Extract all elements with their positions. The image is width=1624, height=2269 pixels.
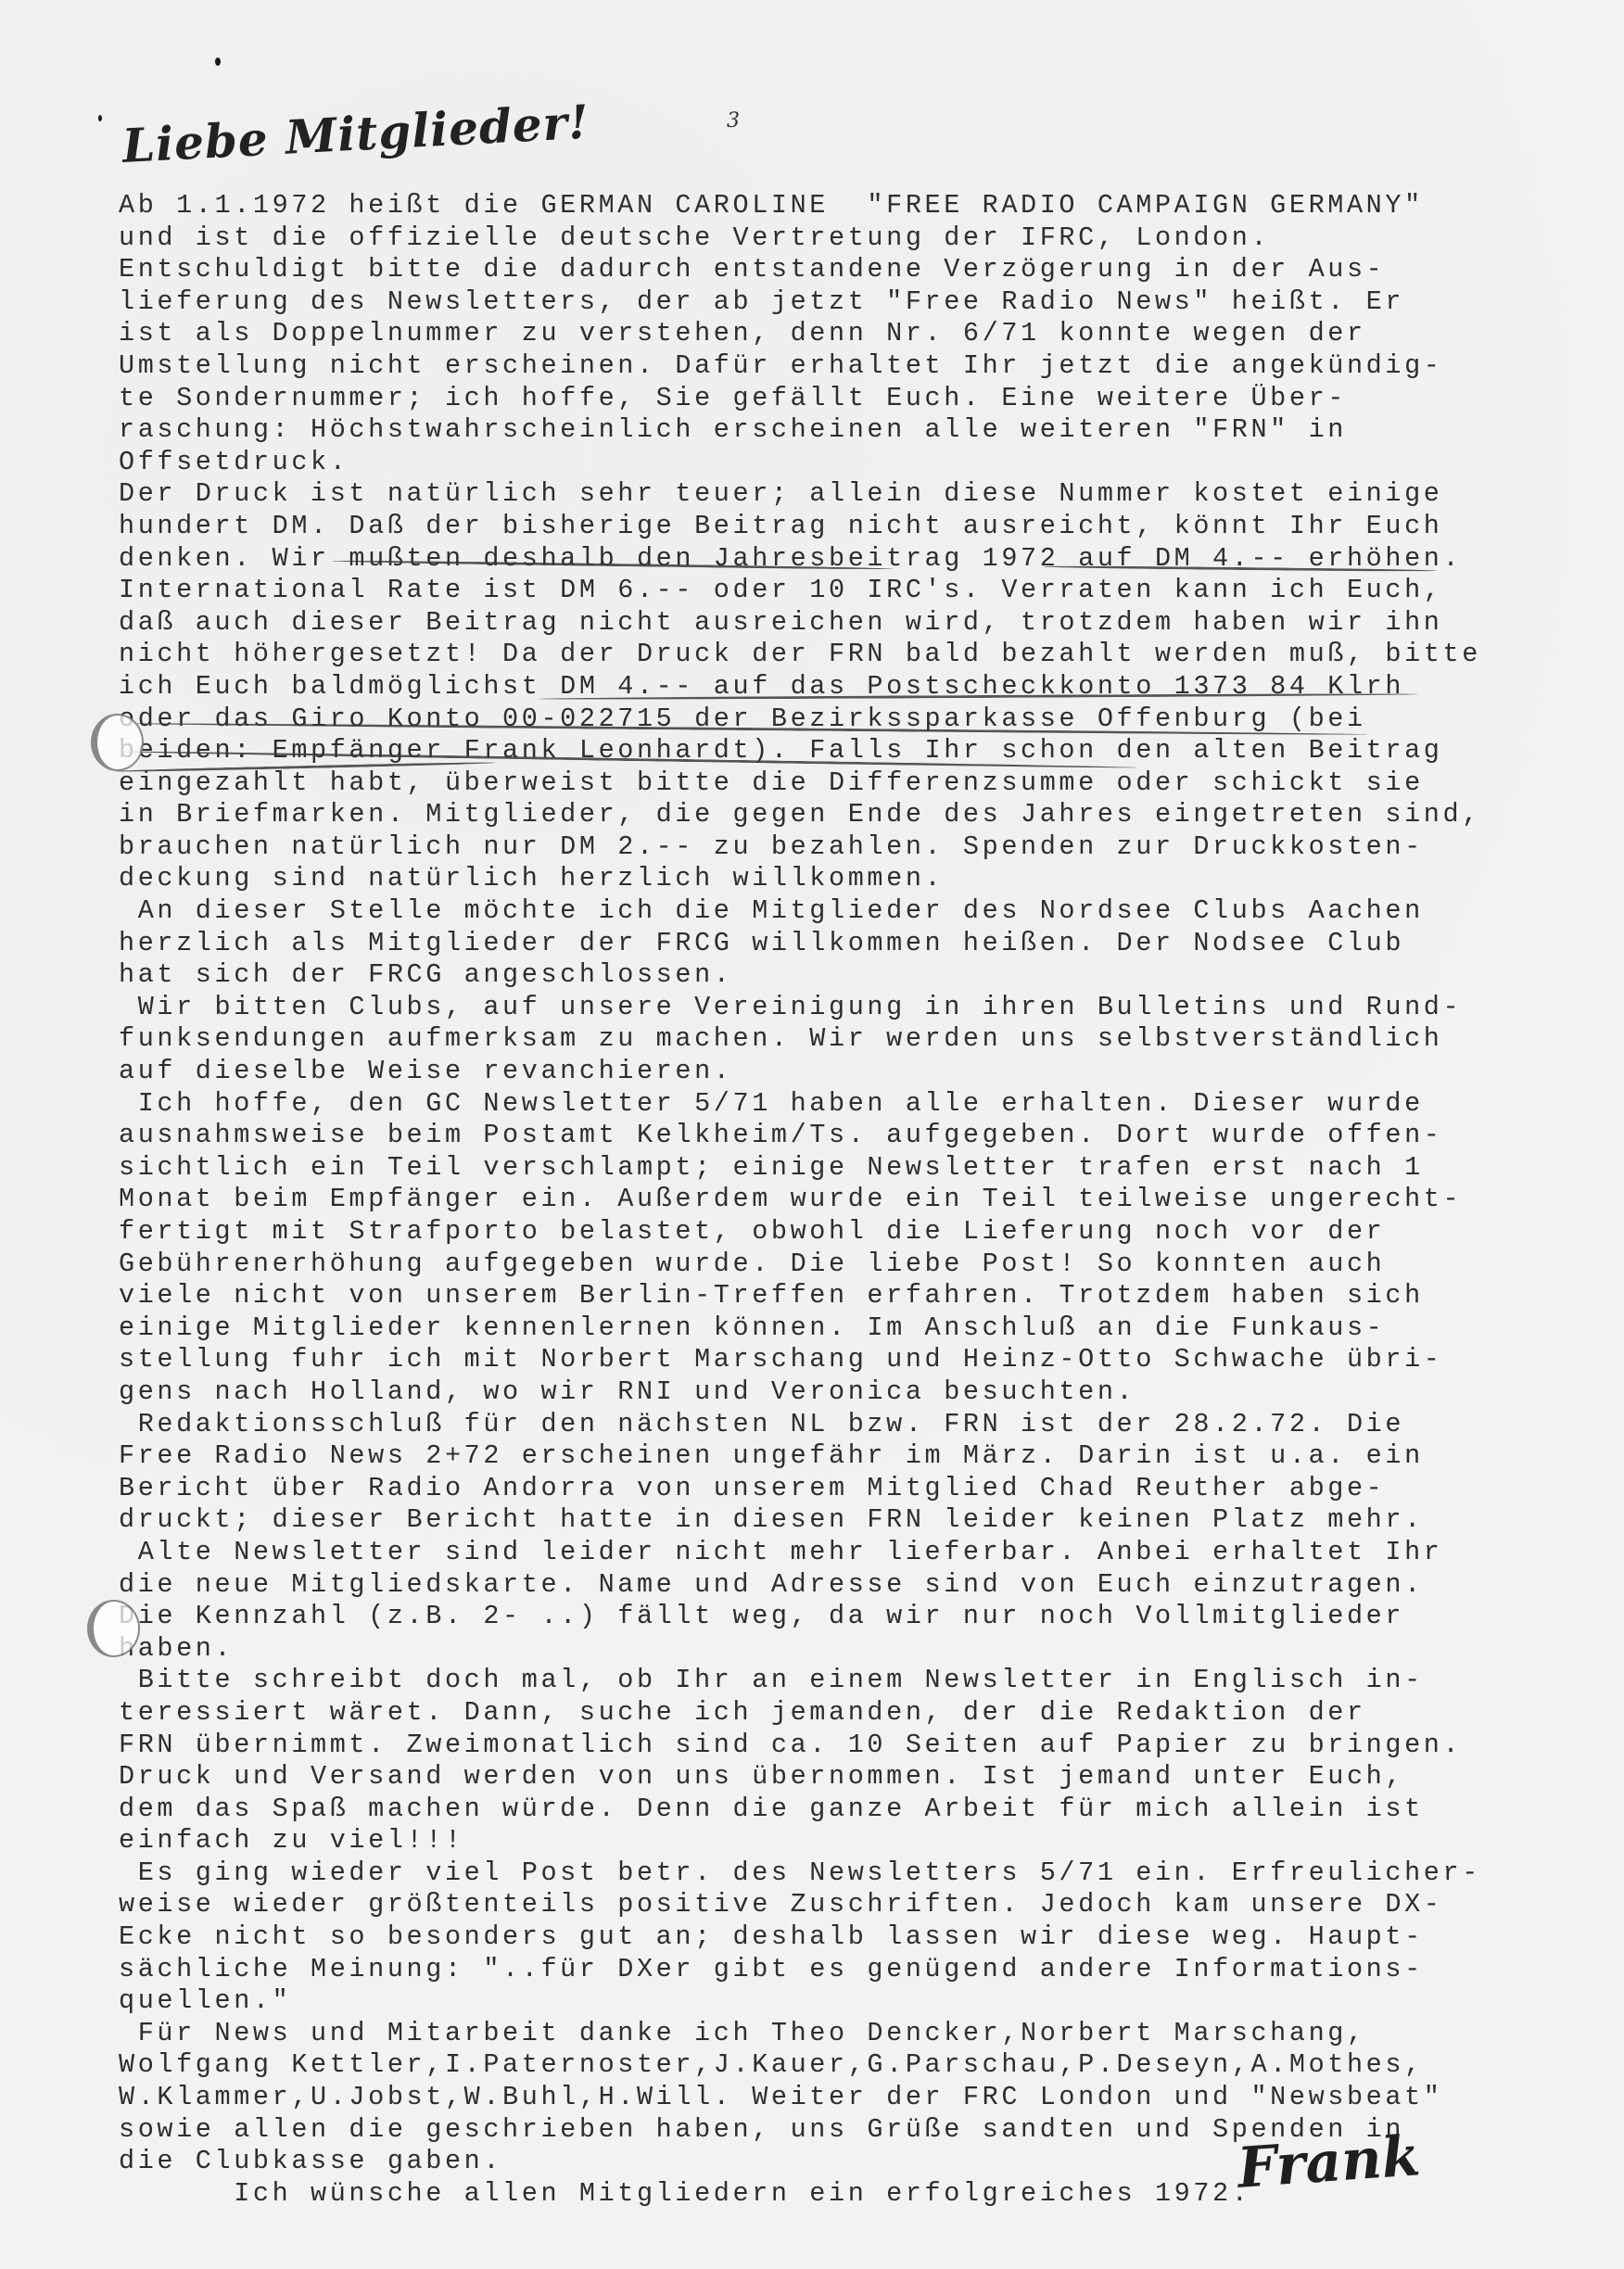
text-line: raschung: Höchstwahrscheinlich erscheine…	[119, 414, 1565, 447]
punch-hole	[91, 714, 144, 771]
text-line: Free Radio News 2+72 erscheinen ungefähr…	[119, 1440, 1565, 1473]
text-line: und ist die offizielle deutsche Vertretu…	[119, 222, 1565, 255]
text-line: Ecke nicht so besonders gut an; deshalb …	[119, 1921, 1565, 1954]
ink-speck	[215, 57, 221, 66]
text-line: Offsetdruck.	[119, 447, 1565, 479]
text-line: herzlich als Mitglieder der FRCG willkom…	[119, 928, 1565, 960]
text-line: ausnahmsweise beim Postamt Kelkheim/Ts. …	[119, 1120, 1565, 1152]
text-line: lieferung des Newsletters, der ab jetzt …	[119, 286, 1565, 319]
text-line: Bericht über Radio Andorra von unserem M…	[119, 1473, 1565, 1505]
text-line: Monat beim Empfänger ein. Außerdem wurde…	[119, 1184, 1565, 1216]
text-line: einige Mitglieder kennenlernen können. I…	[119, 1312, 1565, 1345]
text-line: die neue Mitgliedskarte. Name und Adress…	[119, 1569, 1565, 1602]
text-line: quellen."	[119, 1985, 1565, 2018]
text-line: fertigt mit Strafporto belastet, obwohl …	[119, 1216, 1565, 1249]
text-line: Alte Newsletter sind leider nicht mehr l…	[119, 1537, 1565, 1569]
text-line: Redaktionsschluß für den nächsten NL bzw…	[119, 1409, 1565, 1441]
text-line: hundert DM. Daß der bisherige Beitrag ni…	[119, 511, 1565, 543]
document-page: 3 Liebe Mitglieder! Ab 1.1.1972 heißt di…	[0, 0, 1624, 2269]
text-line: auf dieselbe Weise revanchieren.	[119, 1056, 1565, 1088]
text-line: Entschuldigt bitte die dadurch entstande…	[119, 254, 1565, 286]
text-line: W.Klammer,U.Jobst,W.Buhl,H.Will. Weiter …	[119, 2082, 1565, 2114]
text-line: funksendungen aufmerksam zu machen. Wir …	[119, 1023, 1565, 1056]
text-line: Wolfgang Kettler,I.Paternoster,J.Kauer,G…	[119, 2049, 1565, 2082]
text-line: eingezahlt habt, überweist bitte die Dif…	[119, 767, 1565, 800]
text-line: Gebührenerhöhung aufgegeben wurde. Die l…	[119, 1249, 1565, 1281]
text-line: Bitte schreibt doch mal, ob Ihr an einem…	[119, 1665, 1565, 1697]
text-line: An dieser Stelle möchte ich die Mitglied…	[119, 895, 1565, 928]
text-line: FRN übernimmt. Zweimonatlich sind ca. 10…	[119, 1730, 1565, 1762]
text-line: einfach zu viel!!!	[119, 1825, 1565, 1857]
text-line: haben.	[119, 1633, 1565, 1666]
text-line: Es ging wieder viel Post betr. des Newsl…	[119, 1857, 1565, 1890]
text-line: deckung sind natürlich herzlich willkomm…	[119, 863, 1565, 895]
text-line: Ich hoffe, den GC Newsletter 5/71 haben …	[119, 1088, 1565, 1121]
typewritten-letter-body: Ab 1.1.1972 heißt die GERMAN CAROLINE "F…	[119, 190, 1565, 2210]
text-line: Wir bitten Clubs, auf unsere Vereinigung…	[119, 992, 1565, 1024]
text-line: druckt; dieser Bericht hatte in diesen F…	[119, 1504, 1565, 1537]
text-line: Die Kennzahl (z.B. 2- ..) fällt weg, da …	[119, 1601, 1565, 1633]
text-line: ist als Doppelnummer zu verstehen, denn …	[119, 318, 1565, 350]
handwritten-signature: Frank	[1236, 2123, 1423, 2201]
text-line: nicht höhergesetzt! Da der Druck der FRN…	[119, 639, 1565, 671]
text-line: International Rate ist DM 6.-- oder 10 I…	[119, 575, 1565, 607]
text-line: gens nach Holland, wo wir RNI und Veroni…	[119, 1376, 1565, 1409]
ink-speck	[98, 115, 102, 121]
text-line: brauchen natürlich nur DM 2.-- zu bezahl…	[119, 831, 1565, 864]
text-line: te Sondernummer; ich hoffe, Sie gefällt …	[119, 383, 1565, 415]
text-line: hat sich der FRCG angeschlossen.	[119, 959, 1565, 992]
handwritten-greeting: Liebe Mitglieder!	[121, 95, 590, 173]
punch-hole	[87, 1600, 140, 1657]
text-line: teressiert wäret. Dann, suche ich jemand…	[119, 1697, 1565, 1730]
text-line: Umstellung nicht erscheinen. Dafür erhal…	[119, 350, 1565, 383]
text-line: Druck und Versand werden von uns übernom…	[119, 1761, 1565, 1794]
text-line: stellung fuhr ich mit Norbert Marschang …	[119, 1344, 1565, 1376]
text-line: in Briefmarken. Mitglieder, die gegen En…	[119, 799, 1565, 831]
text-line: sichtlich ein Teil verschlampt; einige N…	[119, 1152, 1565, 1185]
text-line: sächliche Meinung: "..für DXer gibt es g…	[119, 1954, 1565, 1986]
text-line: Für News und Mitarbeit danke ich Theo De…	[119, 2018, 1565, 2050]
text-line: daß auch dieser Beitrag nicht ausreichen…	[119, 607, 1565, 640]
text-line: dem das Spaß machen würde. Denn die ganz…	[119, 1794, 1565, 1826]
text-line: Ab 1.1.1972 heißt die GERMAN CAROLINE "F…	[119, 190, 1565, 222]
text-line: viele nicht von unserem Berlin-Treffen e…	[119, 1280, 1565, 1312]
page-number: 3	[727, 109, 740, 133]
text-line: Der Druck ist natürlich sehr teuer; alle…	[119, 478, 1565, 511]
text-line: weise wieder größtenteils positive Zusch…	[119, 1889, 1565, 1921]
